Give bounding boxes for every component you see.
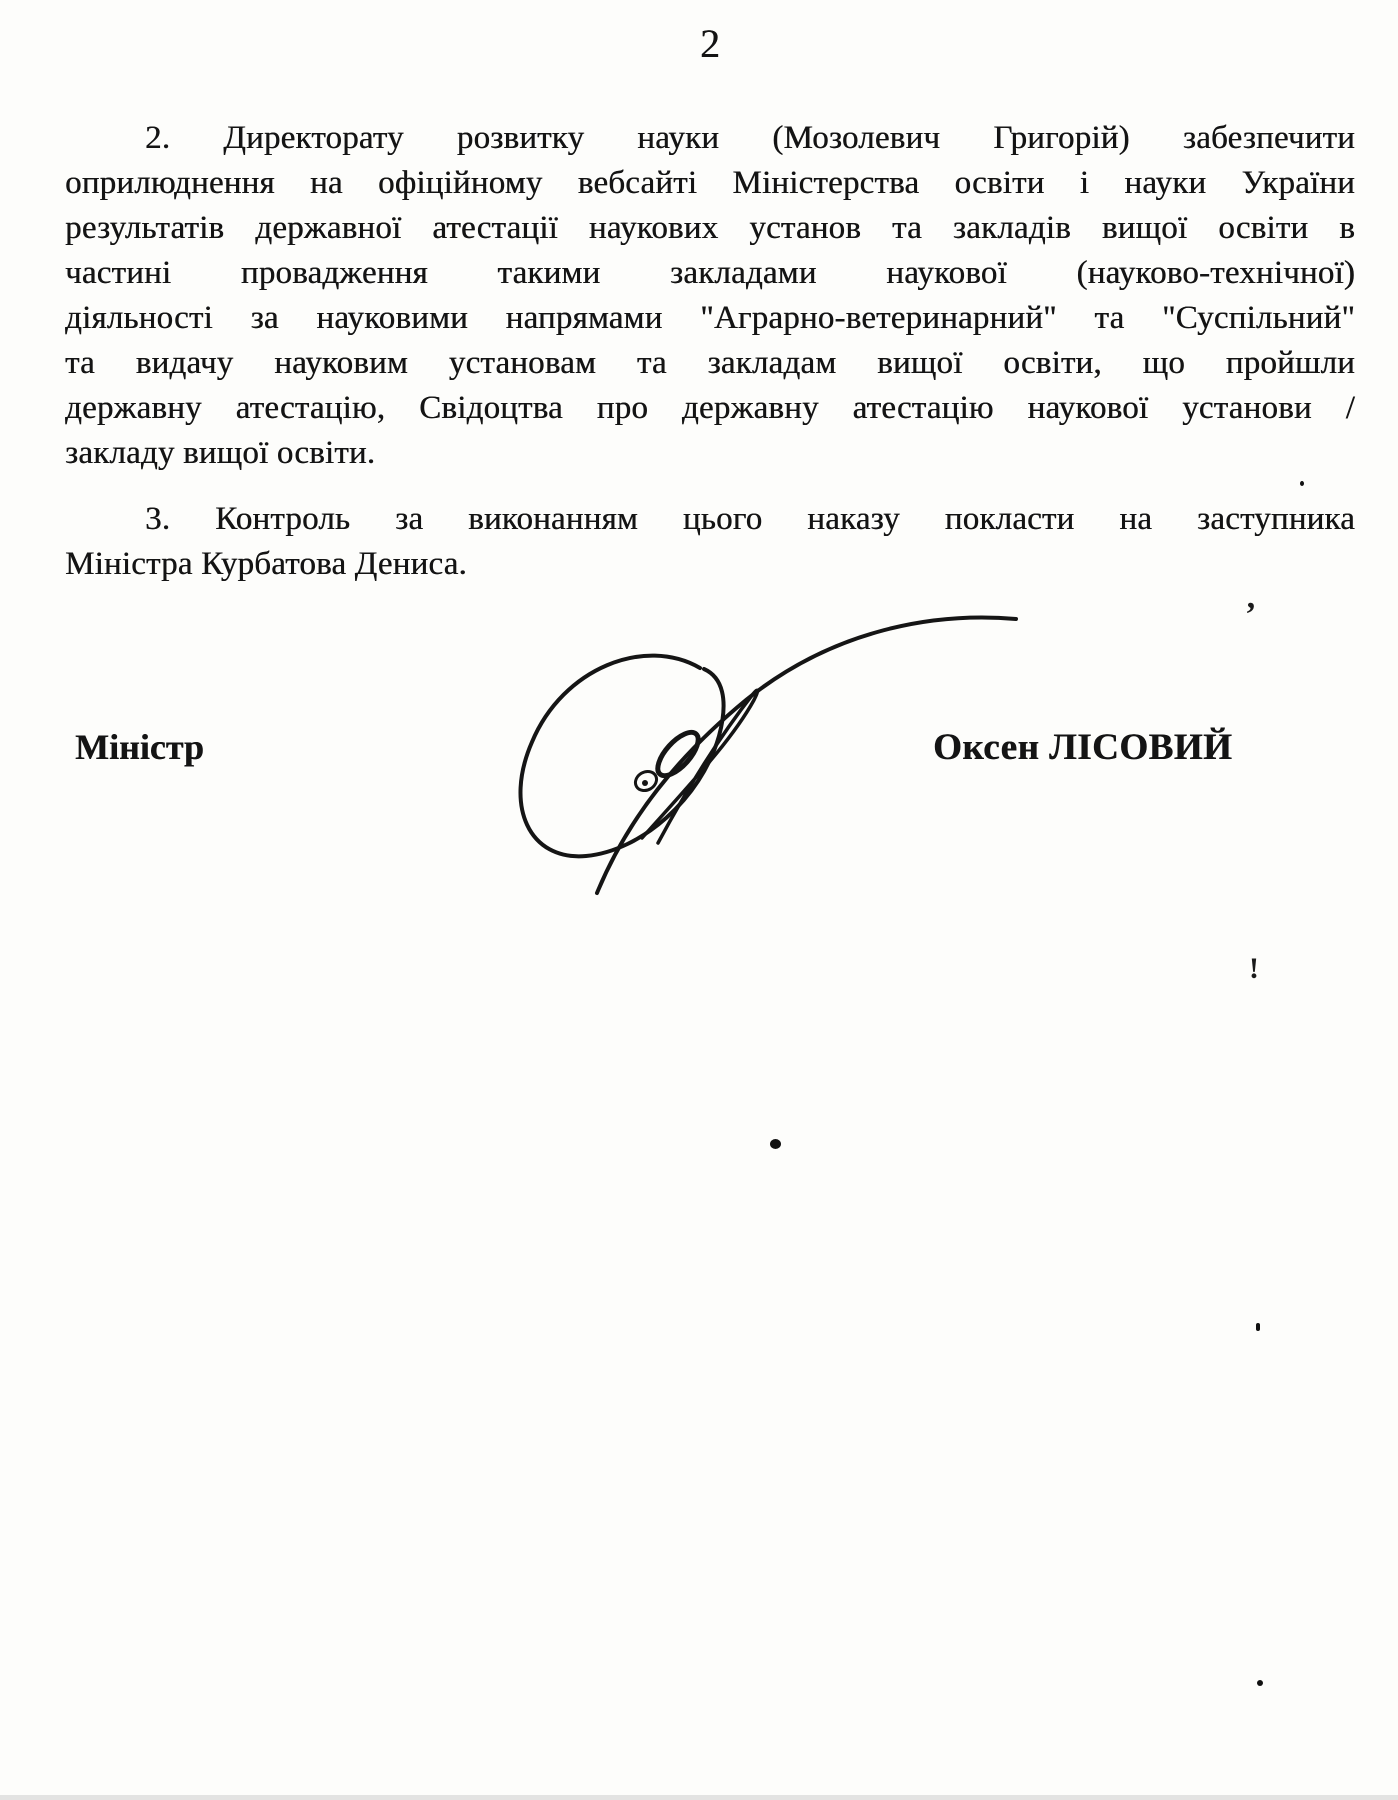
ink-speck-artifact [1300,481,1304,486]
paragraph-3-line: 3. Контроль за виконанням цього наказу п… [65,497,1355,542]
paragraph-2-line: закладу вищої освіти. [65,431,1355,476]
paragraph-2: 2. Директорату розвитку науки (Мозолевич… [65,116,1355,476]
ink-dot-artifact [770,1139,781,1149]
scan-edge-shadow [0,1795,1398,1800]
ink-speck-artifact [1256,1323,1260,1331]
scan-apostrophe-artifact: ’ [1245,596,1256,634]
paragraph-2-line: державну атестацію, Свідоцтва про держав… [65,386,1355,431]
page-number: 2 [65,20,1355,68]
ink-speck-artifact [1257,1680,1263,1686]
paragraph-2-line: оприлюднення на офіційному вебсайті Міні… [65,161,1355,206]
signature-ink-dot [642,780,648,786]
paragraph-2-line: 2. Директорату розвитку науки (Мозолевич… [65,116,1355,161]
paragraph-3: 3. Контроль за виконанням цього наказу п… [65,497,1355,587]
paragraph-2-line: частині провадження такими закладами нау… [65,251,1355,296]
paragraph-2-line: результатів державної атестації наукових… [65,206,1355,251]
paragraph-2-line: діяльності за науковими напрямами "Аграр… [65,296,1355,341]
scanned-document-page: { "page": { "number": "2" }, "paragraph_… [0,0,1398,1800]
handwritten-signature [500,575,1030,910]
signer-role-label: Міністр [75,726,204,768]
paragraph-2-line: та видачу науковим установам та закладам… [65,341,1355,386]
scan-exclamation-artifact: ! [1249,952,1259,986]
